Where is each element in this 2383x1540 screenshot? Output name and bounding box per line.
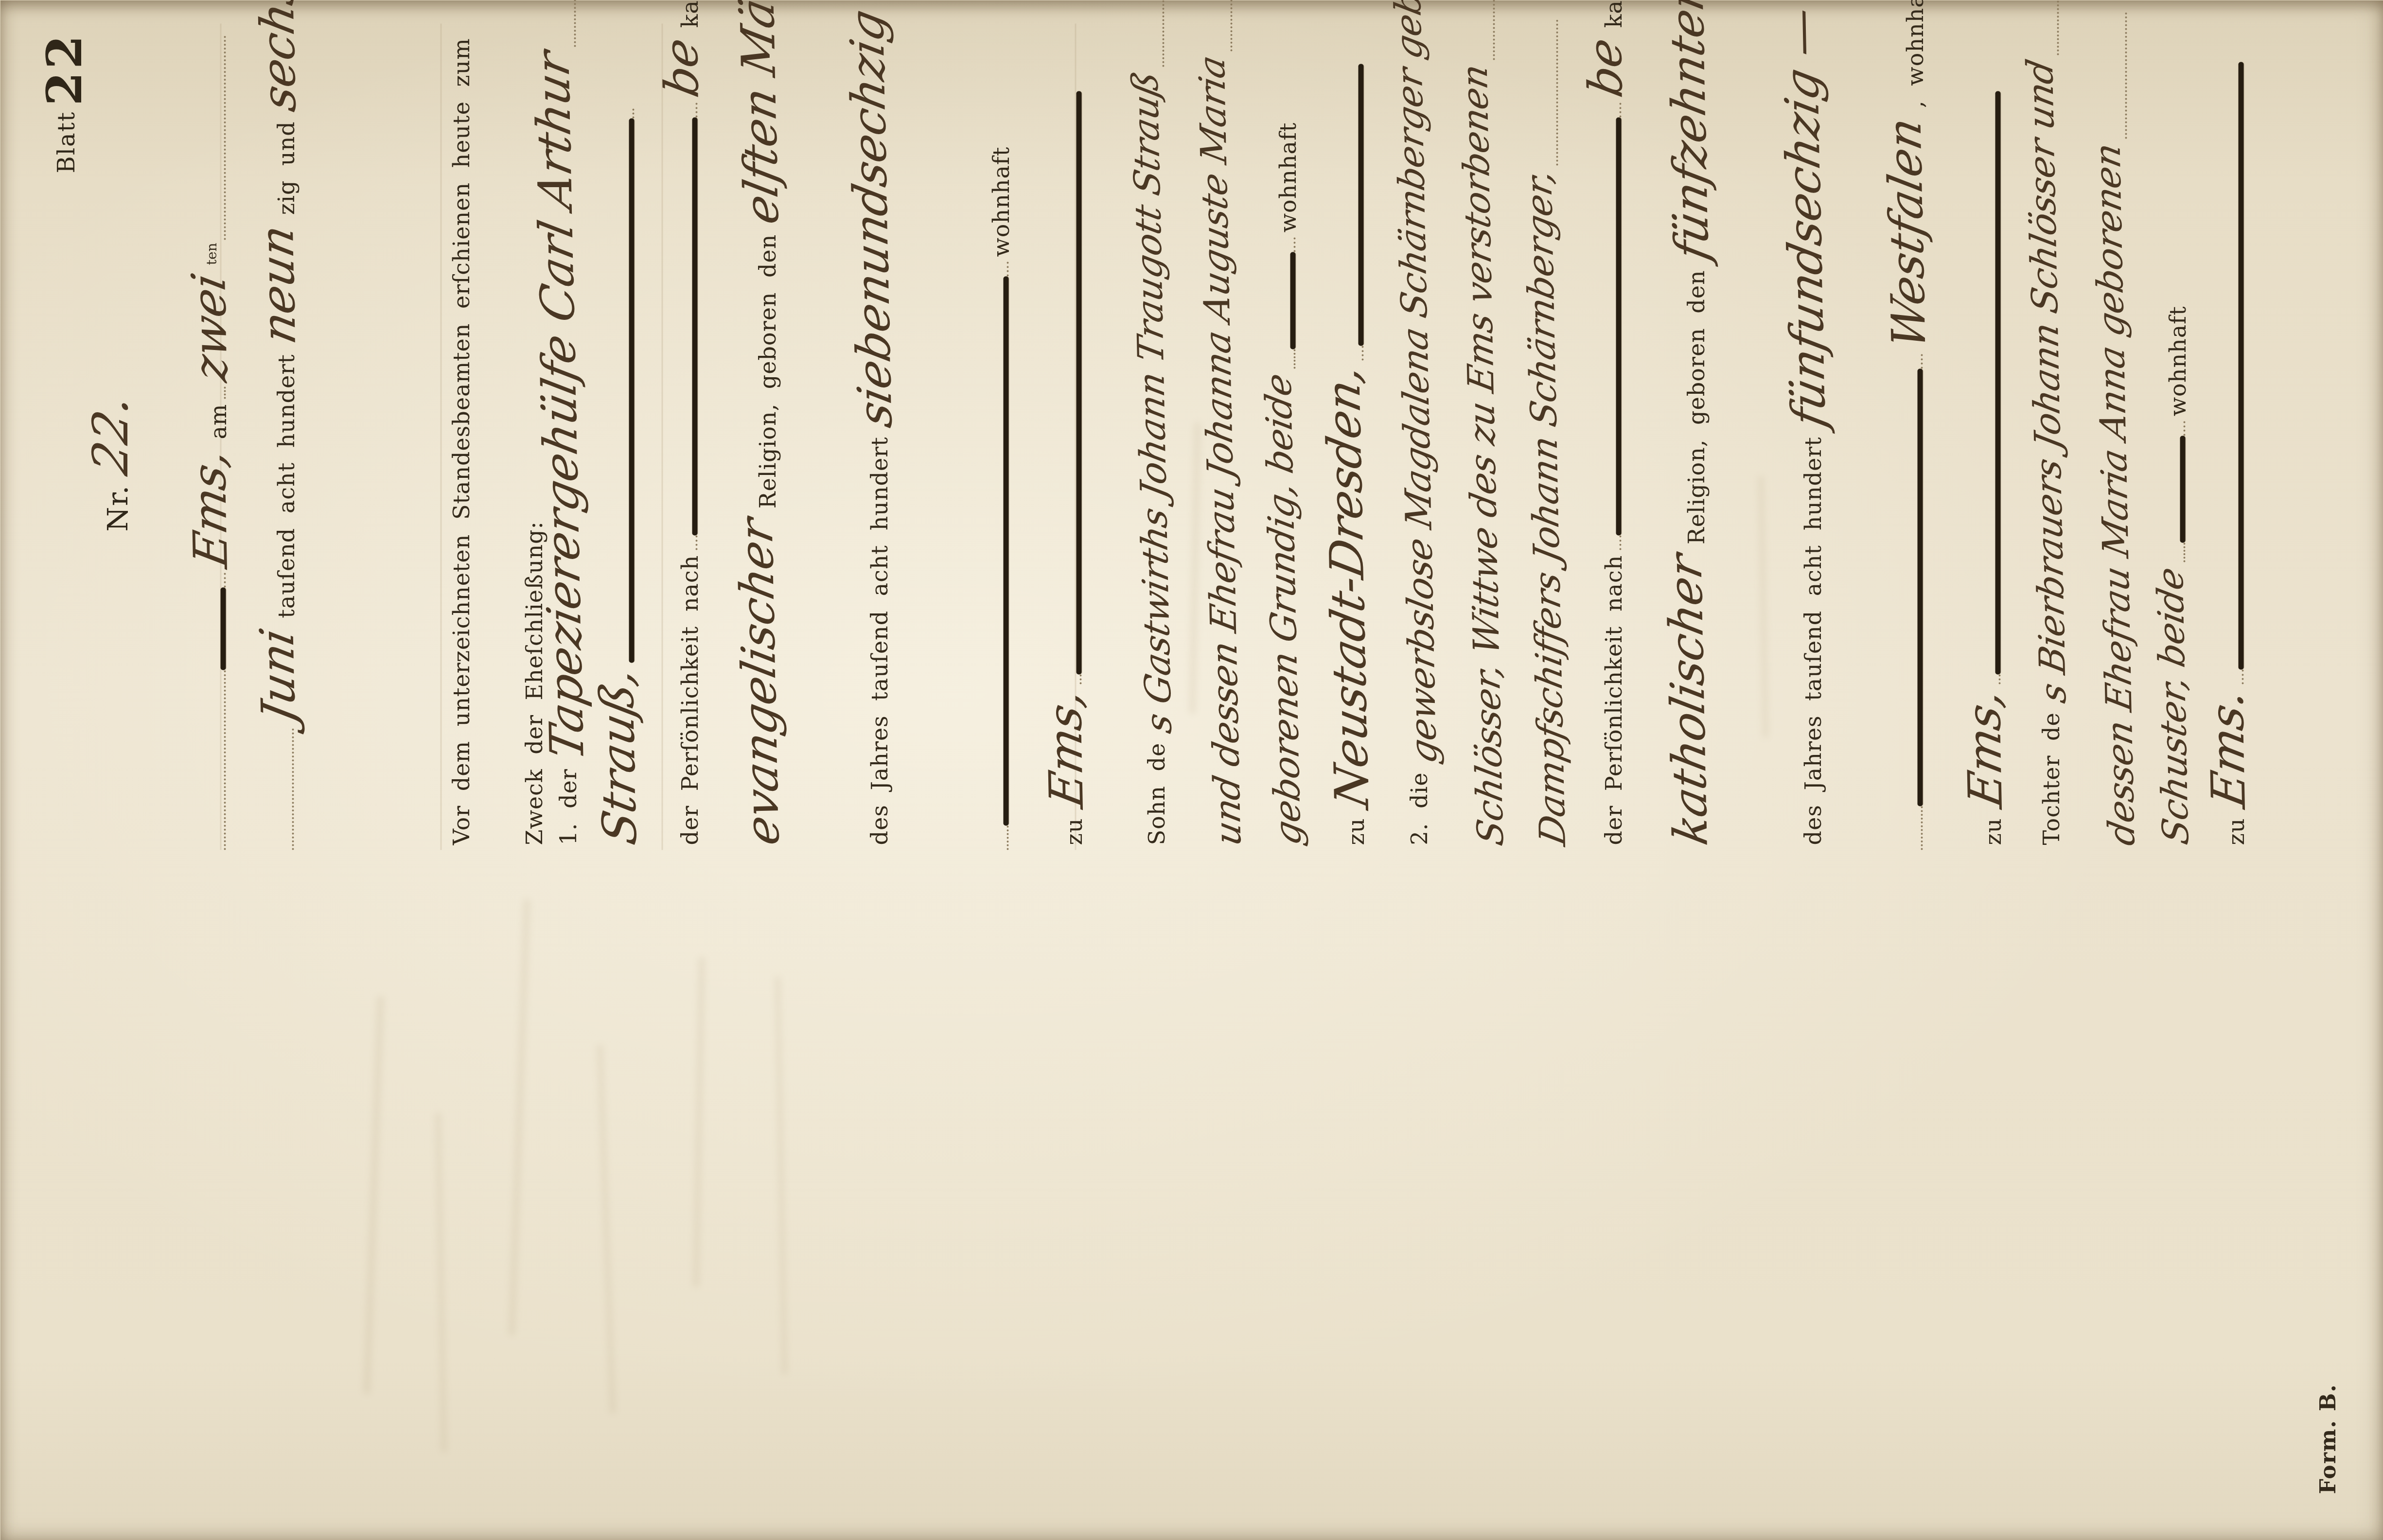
- handwritten-text: katholischer: [1658, 543, 1718, 856]
- ink-rule: [2180, 436, 2185, 542]
- form-line-10: Xwohnhaft: [965, 17, 1020, 850]
- form-line-11: XzuEms,: [1038, 17, 1093, 850]
- form-line-16: X2. diegewerbslose Magdalena Schärnberge…: [1383, 17, 1438, 850]
- dotted-blank: [221, 670, 226, 850]
- form-line-9: Xdes Jahres tauſend acht hundertsiebenun…: [844, 17, 898, 850]
- form-line-24: XTochter des Bierbrauers Johann Schlösse…: [2015, 17, 2070, 850]
- ink-rule: [1003, 276, 1008, 825]
- bleedthrough-mark: [508, 898, 530, 1336]
- form-line-17: XSchlösser, Wittwe des zu Ems verstorben…: [1451, 17, 1506, 850]
- printed-text: 2. die: [1406, 767, 1432, 850]
- ink-rule: [1358, 64, 1363, 346]
- sheet-number: Blatt 22: [28, 35, 86, 173]
- ink-rule: [1917, 368, 1923, 806]
- handwritten-text: Ems,: [181, 438, 238, 578]
- handwritten-text: Schlösser, Wittwe des zu Ems verstorbene…: [1453, 54, 1512, 855]
- form-line-18: XDampfschiffers Johann Schärnberger,: [1515, 17, 1569, 850]
- form-line-1: XEms,amzweiten: [182, 17, 237, 850]
- printed-text: der Perſönlichkeit nach: [1600, 550, 1626, 850]
- ink-rule: [692, 117, 697, 535]
- form-line-2: XJunitauſend acht hundertneunzig undsech…: [250, 17, 305, 850]
- handwritten-text: Dampfschiffers Johann Schärnberger,: [1518, 160, 1573, 855]
- printed-text: , wohnhaft: [1902, 0, 1928, 112]
- form-line-21: Xdes Jahres tauſend acht hundertfünfunds…: [1777, 17, 1832, 850]
- dotted-blank: [693, 535, 697, 550]
- bleedthrough-mark: [775, 976, 787, 1375]
- handwritten-text: Ems,: [1956, 679, 2013, 818]
- bleedthrough-mark: [692, 957, 705, 1287]
- form-line-5: X1. derTapezierergehülfe Carl Arthur: [532, 17, 587, 850]
- form-line-8: XevangelischerReligion, geboren denelfte…: [732, 17, 786, 850]
- dotted-blank: [1160, 0, 1164, 67]
- handwritten-text: gewerbslose Magdalena Schärnberger gebor…: [1384, 0, 1445, 773]
- printed-text: wohnhaft: [1274, 117, 1301, 237]
- handwritten-text: Ems.: [2199, 679, 2256, 818]
- entry-number: Nr. 22.: [82, 396, 139, 531]
- form-line-13: Xund dessen Ehefrau Johanna Auguste Mari…: [1189, 17, 1243, 850]
- form-line-19: Xder Perſönlichkeit nachbekannt,: [1578, 17, 1632, 850]
- printed-text: zu: [1342, 813, 1369, 850]
- handwritten-text: dessen Ehefrau Maria Anna geborenen: [2086, 133, 2143, 856]
- printed-text: Religion, geboren den: [754, 229, 780, 513]
- dotted-blank: [1291, 237, 1295, 252]
- register-page: Blatt 22 Nr. 22. Form. B. XEms,amzweiten…: [0, 0, 2383, 1540]
- handwritten-text: be: [653, 27, 709, 108]
- dotted-blank: [2122, 12, 2127, 139]
- handwritten-text: fünfzehnten April: [1656, 0, 1719, 271]
- form-line-7: Xder Perſönlichkeit nachbekannt,: [654, 17, 708, 850]
- bleedthrough-mark: [363, 996, 385, 1394]
- form-line-14: Xgeborenen Grundig, beidewohnhaft: [1252, 17, 1306, 850]
- printed-text: zu: [1060, 813, 1087, 850]
- bleedthrough-mark: [597, 1044, 616, 1414]
- ink-rule: [1995, 91, 2000, 674]
- dotted-blank: [1553, 19, 1558, 165]
- printed-text: Sohn de: [1143, 737, 1169, 850]
- printed-text: des Jahres tauſend acht hundert: [1800, 432, 1826, 850]
- ink-rule: [220, 587, 226, 670]
- ink-rule: [1076, 91, 1081, 674]
- handwritten-text: neun: [249, 214, 306, 354]
- printed-text: wohnhaft: [2164, 301, 2190, 421]
- printed-text: Tochter de: [2038, 707, 2064, 850]
- dotted-blank: [2181, 421, 2185, 436]
- handwritten-text: Juni: [249, 617, 306, 734]
- dotted-blank: [1996, 674, 2000, 684]
- printed-text: Religion, geboren den: [1683, 265, 1709, 549]
- printed-text: der Perſönlichkeit nach: [676, 550, 703, 850]
- bleedthrough-mark: [435, 1112, 447, 1452]
- handwritten-text: Ems,: [1037, 679, 1094, 818]
- printed-text: wohnhaft: [988, 141, 1014, 262]
- printed-superscript: ten: [203, 240, 219, 268]
- dotted-blank: [1359, 346, 1363, 360]
- handwritten-text: Westfalen: [1877, 107, 1936, 360]
- form-line-15: XzuNeustadt-Dresden,: [1320, 17, 1375, 850]
- nr-number-handwritten: 22.: [82, 390, 139, 488]
- handwritten-text: Strauß,: [589, 657, 647, 856]
- form-line-6: XStrauß,: [591, 17, 645, 850]
- printed-text: zu: [866, 0, 892, 4]
- printed-text: kannt,: [1600, 0, 1626, 33]
- dotted-blank: [1291, 349, 1295, 368]
- dotted-blank: [1077, 674, 1081, 684]
- dotted-blank: [1490, 0, 1495, 60]
- handwritten-text: siebenundsechzig: [839, 0, 902, 437]
- form-line-3: XVor dem unterzeichneten Standesbeamten …: [425, 17, 480, 850]
- dotted-blank: [1228, 0, 1232, 51]
- handwritten-text: elften März: [729, 0, 789, 235]
- bleedthrough-mark: [1758, 475, 1768, 738]
- form-line-23: XzuEms,: [1957, 17, 2012, 850]
- printed-text: zig und: [273, 116, 299, 220]
- handwritten-text: fünfundsechzig —: [1773, 0, 1836, 437]
- printed-text: zu: [1979, 813, 2006, 850]
- form-line-27: XzuEms.: [2200, 17, 2255, 850]
- handwritten-text: be: [1577, 27, 1633, 108]
- handwritten-text: zwei: [181, 262, 238, 392]
- form-line-12: XSohn des Gastwirths Johann Traugott Str…: [1121, 17, 1175, 850]
- handwritten-text: s Gastwirths Johann Traugott Strauß: [1124, 61, 1180, 743]
- dotted-blank: [1918, 806, 1923, 850]
- handwritten-text: Tapezierergehülfe Carl Arthur: [525, 40, 595, 770]
- form-line-20: XkatholischerReligion, geboren denfünfze…: [1660, 17, 1715, 850]
- dotted-blank: [2054, 0, 2059, 55]
- ink-rule: [1290, 252, 1295, 349]
- dotted-blank: [571, 0, 576, 47]
- nr-label: Nr.: [101, 484, 134, 531]
- handwritten-text: Schuster, beide: [2149, 557, 2197, 854]
- dotted-blank: [1004, 262, 1008, 276]
- printed-text: tauſend acht hundert: [273, 349, 299, 623]
- printed-text: kannt,: [676, 0, 703, 33]
- dotted-blank: [1617, 535, 1621, 550]
- printed-text: zu: [2223, 813, 2249, 850]
- handwritten-text: evangelischer: [728, 507, 790, 856]
- form-designation: Form. B.: [2315, 1383, 2340, 1494]
- dotted-blank: [630, 108, 634, 118]
- printed-text: 1. der: [555, 764, 581, 850]
- form-line-22: XWestfalen, wohnhaft: [1879, 17, 1934, 850]
- handwritten-text: s Bierbrauers Johann Schlösser und: [2019, 50, 2074, 713]
- dotted-blank: [2239, 669, 2243, 684]
- ink-rule: [1616, 117, 1621, 535]
- handwritten-text: und dessen Ehefrau Johanna Auguste Maria: [1191, 45, 1249, 855]
- form-line-25: Xdessen Ehefrau Maria Anna geborenen: [2083, 17, 2138, 850]
- blatt-label: Blatt: [53, 111, 80, 173]
- ink-rule: [2238, 62, 2243, 669]
- printed-text: des Jahres tauſend acht hundert: [866, 432, 892, 850]
- printed-text: Vor dem unterzeichneten Standesbeamten e…: [448, 33, 474, 850]
- handwritten-text: sechs.: [249, 0, 307, 122]
- dotted-blank: [2181, 542, 2185, 562]
- printed-text: am: [205, 399, 231, 444]
- ink-rule: [629, 118, 634, 663]
- dotted-blank: [289, 728, 294, 850]
- dotted-blank: [1004, 825, 1008, 850]
- form-line-26: XSchuster, beidewohnhaft: [2142, 17, 2196, 850]
- handwritten-text: geborenen Grundig, beide: [1257, 364, 1309, 855]
- dotted-blank: [221, 35, 226, 240]
- blatt-number: 22: [35, 32, 92, 105]
- scanned-register-photo: { "document": { "description_visible_hea…: [0, 0, 2383, 1540]
- handwritten-text: Neustadt-Dresden,: [1315, 354, 1379, 819]
